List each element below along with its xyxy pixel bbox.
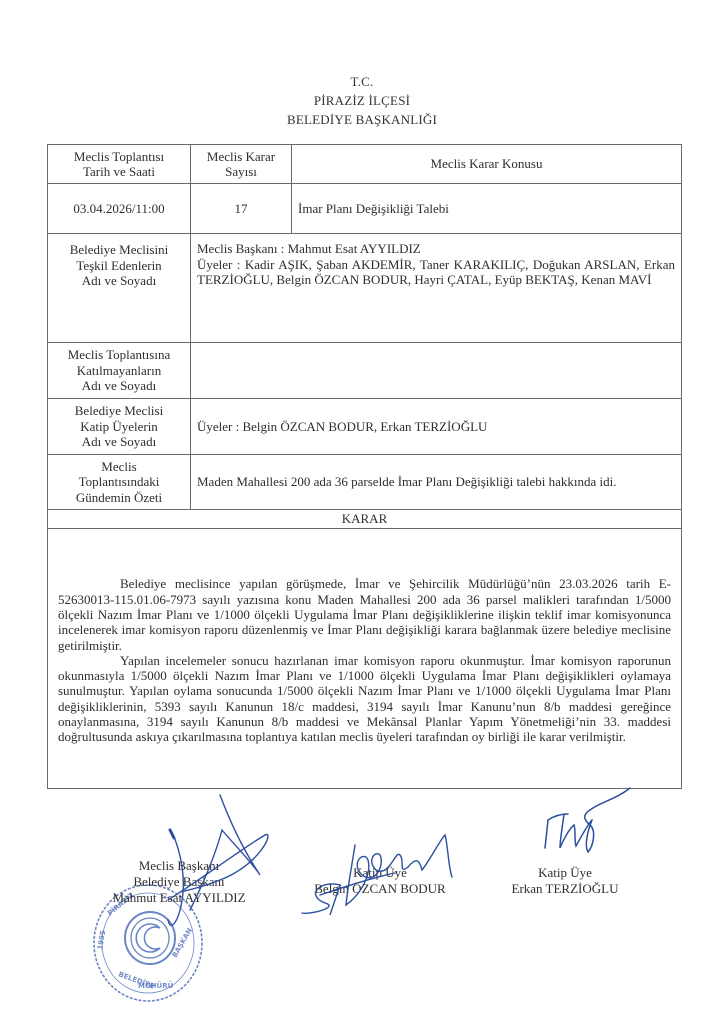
clerk1-title: Katip Üye — [290, 865, 470, 881]
svg-text:BAŞKAN: BAŞKAN — [171, 927, 194, 959]
meeting-date-time: 03.04.2026/11:00 — [48, 184, 191, 234]
table-row: 03.04.2026/11:00 17 İmar Planı Değişikli… — [48, 184, 682, 234]
header-subject: Meclis Karar Konusu — [292, 145, 682, 184]
council-chair: Meclis Başkanı : Mahmut Esat AYYILDIZ — [197, 241, 675, 257]
document-header: T.C. PİRAZİZ İLÇESİ BELEDİYE BAŞKANLIĞI — [0, 72, 724, 129]
agenda-label: Meclis Toplantısındaki Gündemin Özeti — [48, 455, 191, 510]
decision-title: KARAR — [48, 510, 682, 529]
council-members: Üyeler : Kadir AŞIK, Şaban AKDEMİR, Tane… — [197, 257, 675, 288]
table-row: Meclis Toplantısındaki Gündemin Özeti Ma… — [48, 455, 682, 510]
svg-text:MÜHÜRÜ: MÜHÜRÜ — [138, 981, 174, 990]
chair-name: Mahmut Esat AYYILDIZ — [84, 890, 274, 906]
decision-paragraph: Belediye meclisince yapılan görüşmede, İ… — [58, 576, 671, 652]
decision-table: Meclis Toplantısı Tarih ve Saati Meclis … — [47, 144, 682, 789]
header-date-time: Meclis Toplantısı Tarih ve Saati — [48, 145, 191, 184]
decision-number: 17 — [191, 184, 292, 234]
members-label: Belediye Meclisini Teşkil Edenlerin Adı … — [48, 234, 191, 343]
members-value: Meclis Başkanı : Mahmut Esat AYYILDIZ Üy… — [191, 234, 682, 343]
header-institution: BELEDİYE BAŞKANLIĞI — [0, 110, 724, 129]
chair-title: Meclis Başkanı — [84, 858, 274, 874]
svg-text:1995: 1995 — [96, 930, 107, 951]
table-row: Meclis Toplantısına Katılmayanların Adı … — [48, 343, 682, 399]
signature-block-clerk-1: Katip Üye Belgin ÖZCAN BODUR — [290, 865, 470, 897]
header-district: PİRAZİZ İLÇESİ — [0, 91, 724, 110]
table-row: Belediye meclisince yapılan görüşmede, İ… — [48, 529, 682, 789]
table-row: KARAR — [48, 510, 682, 529]
decision-text: Belediye meclisince yapılan görüşmede, İ… — [48, 529, 682, 789]
signature-block-chair: Meclis Başkanı Belediye Başkanı Mahmut E… — [84, 858, 274, 906]
table-header-row: Meclis Toplantısı Tarih ve Saati Meclis … — [48, 145, 682, 184]
absent-label: Meclis Toplantısına Katılmayanların Adı … — [48, 343, 191, 399]
table-row: Belediye Meclisini Teşkil Edenlerin Adı … — [48, 234, 682, 343]
header-decision-no: Meclis Karar Sayısı — [191, 145, 292, 184]
decision-subject: İmar Planı Değişikliği Talebi — [292, 184, 682, 234]
svg-text:BELEDİYE: BELEDİYE — [117, 969, 156, 990]
clerks-value: Üyeler : Belgin ÖZCAN BODUR, Erkan TERZİ… — [191, 399, 682, 455]
agenda-value: Maden Mahallesi 200 ada 36 parselde İmar… — [191, 455, 682, 510]
clerk2-signature — [540, 780, 640, 870]
mayor-title: Belediye Başkanı — [84, 874, 274, 890]
clerks-label: Belediye Meclisi Katip Üyelerin Adı ve S… — [48, 399, 191, 455]
clerk2-title: Katip Üye — [490, 865, 640, 881]
decision-paragraph: Yapılan incelemeler sonucu hazırlanan im… — [58, 653, 671, 745]
absent-value — [191, 343, 682, 399]
table-row: Belediye Meclisi Katip Üyelerin Adı ve S… — [48, 399, 682, 455]
clerk2-name: Erkan TERZİOĞLU — [490, 881, 640, 897]
clerk1-name: Belgin ÖZCAN BODUR — [290, 881, 470, 897]
signature-block-clerk-2: Katip Üye Erkan TERZİOĞLU — [490, 865, 640, 897]
header-country: T.C. — [0, 72, 724, 91]
